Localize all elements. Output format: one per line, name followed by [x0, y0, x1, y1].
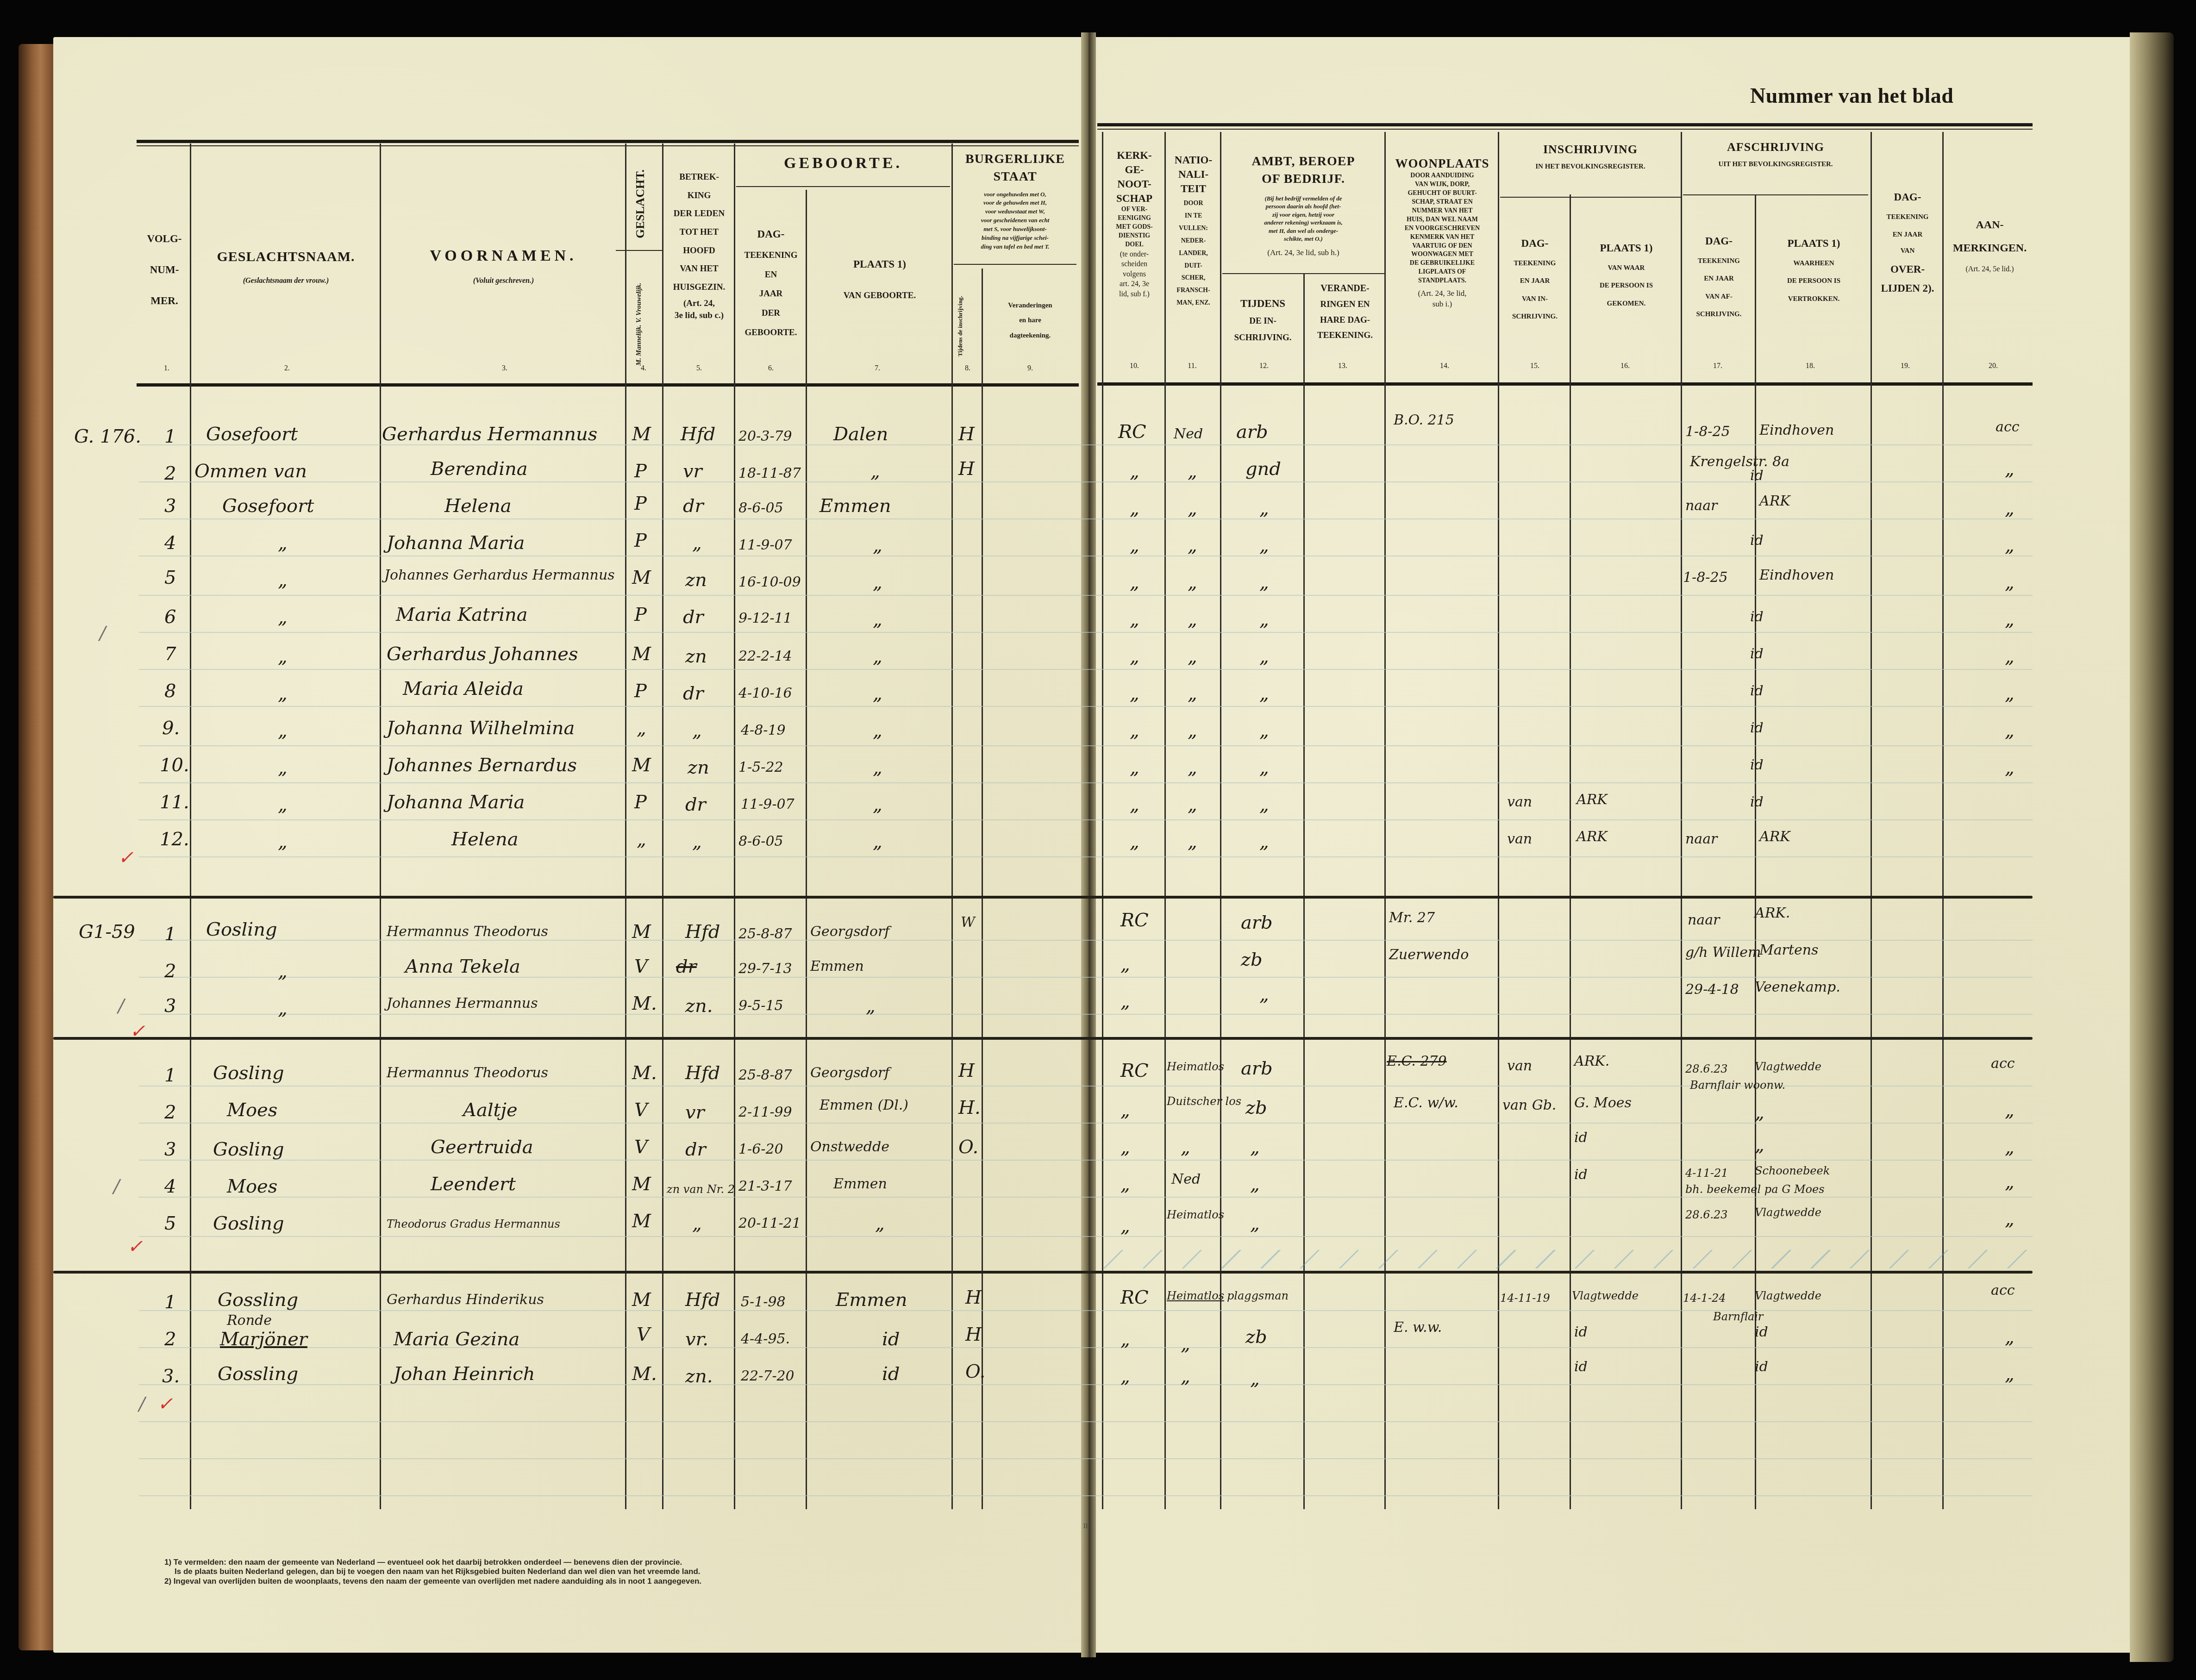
pencil-mark: /	[118, 995, 124, 1017]
sex: V	[634, 1099, 648, 1121]
given-names: Geertruida	[431, 1137, 533, 1158]
given-names: Helena	[444, 495, 512, 517]
given-names: Johanna Maria	[387, 792, 525, 813]
household-separator	[53, 896, 2033, 899]
arrival-place: id	[1574, 1359, 1588, 1375]
surname: „	[278, 794, 288, 815]
departure-place: „	[1755, 1102, 1764, 1123]
birth-place: „	[873, 720, 882, 741]
col-line	[951, 144, 953, 1509]
column-number-8: 8.	[954, 363, 982, 374]
header-volgnummer: VOLG- NUM- MER.	[139, 231, 190, 308]
birth-date: 4-4-95.	[741, 1331, 790, 1347]
col-line	[1303, 273, 1305, 1509]
spine-mark: III	[1083, 1523, 1090, 1530]
birth-date: 1-5-22	[738, 759, 783, 775]
nationality: Heimatlos	[1167, 1060, 1224, 1073]
row-number: 8	[164, 681, 176, 702]
given-names: Gerhardus Johannes	[387, 643, 578, 665]
occupation: „	[1259, 609, 1269, 630]
row-number: 3	[164, 1139, 176, 1160]
departure-place: id	[1750, 794, 1764, 810]
birth-date: 9-5-15	[738, 998, 783, 1014]
column-number-4: 4.	[630, 363, 657, 374]
church: „	[1130, 572, 1139, 593]
departure-note: Barnflair woonw.	[1690, 1079, 1785, 1092]
departure-place: ARK	[1759, 829, 1790, 845]
surname: Gossling	[218, 1363, 298, 1385]
arrival-place: Vlagtwedde	[1572, 1289, 1639, 1302]
occupation: „	[1259, 646, 1269, 667]
occupation: arb	[1236, 421, 1268, 443]
remarks: „	[2005, 1208, 2015, 1230]
remarks: „	[2005, 609, 2015, 630]
residence: E.C. 279	[1387, 1053, 1447, 1069]
surname: „	[278, 757, 288, 778]
departure-place: id	[1755, 1324, 1768, 1340]
birth-place: „	[866, 995, 876, 1017]
residence: Zuerwendo	[1389, 947, 1469, 963]
relation: dr	[676, 956, 697, 977]
birth-place: „	[873, 683, 882, 704]
red-check-mark: ✓	[118, 847, 134, 868]
birth-place: Emmen (Dl.)	[820, 1097, 908, 1113]
sex: M	[632, 1174, 651, 1195]
header-kerkgenootschap: KERK- GE- NOOT- SCHAP OF VER- EENIGING M…	[1104, 148, 1164, 300]
nationality: „	[1188, 831, 1197, 852]
church: RC	[1120, 1060, 1149, 1081]
sex: M	[632, 1289, 651, 1311]
occupation: gnd	[1245, 458, 1281, 480]
birth-date: 11-9-07	[738, 537, 792, 553]
civil-status: O.	[958, 1137, 978, 1158]
birth-date: 25-8-87	[738, 926, 792, 942]
birth-date: 22-2-14	[738, 648, 792, 664]
row-number: 2	[164, 961, 176, 982]
given-names: Aaltje	[463, 1099, 518, 1121]
column-number-13: 13.	[1329, 361, 1357, 371]
church: „	[1130, 535, 1139, 556]
pencil-mark: /	[100, 623, 106, 644]
household-ref: G. 176.	[74, 426, 141, 447]
footnote-2: 2) Ingeval van overlijden buiten de woon…	[164, 1577, 701, 1586]
civil-status: H	[958, 1060, 975, 1081]
nationality: „	[1188, 461, 1197, 482]
remarks: „	[2005, 572, 2015, 593]
remarks: „	[2005, 1171, 2015, 1193]
nationality: „	[1181, 1333, 1190, 1355]
nationality: Ned	[1171, 1171, 1201, 1187]
occupation: „	[1250, 1137, 1260, 1158]
red-check-mark: ✓	[157, 1393, 173, 1415]
birth-date: 21-3-17	[738, 1178, 792, 1194]
row-number: 4	[164, 1176, 176, 1197]
arrival-date: 14-11-19	[1500, 1292, 1550, 1305]
occupation: zb	[1241, 949, 1263, 970]
birth-place: Onstwedde	[810, 1139, 889, 1155]
departure-place: „	[1755, 1134, 1764, 1155]
surname: Gossling	[218, 1289, 298, 1311]
departure-place: id	[1750, 683, 1764, 699]
given-names: Helena	[451, 829, 519, 850]
church: „	[1120, 1366, 1130, 1387]
red-check-mark: ✓	[130, 1021, 145, 1042]
relation: Hfd	[685, 1062, 720, 1084]
header-nationaliteit: NATIO- NALI- TEIT DOOR IN TE VULLEN: NED…	[1167, 153, 1220, 308]
header-inschrijving-plaats: PLAATS 1) VAN WAAR DE PERSOON IS GEKOMEN…	[1572, 241, 1681, 308]
header-woonplaats: WOONPLAATS DOOR AANDUIDING VAN WIJK, DOR…	[1387, 155, 1498, 310]
row-number: 5	[164, 567, 176, 588]
household-separator	[53, 1271, 2033, 1274]
col-line	[662, 144, 663, 1509]
remarks: „	[2005, 1363, 2015, 1385]
arrival-note: van Gb.	[1502, 1097, 1556, 1113]
remarks: „	[2005, 1326, 2015, 1348]
household-ref: G1-59	[79, 921, 135, 943]
birth-place: Emmen	[833, 1176, 887, 1192]
departure-place: Eindhoven	[1759, 567, 1834, 583]
birth-date: 1-6-20	[738, 1141, 783, 1157]
header-overlijden: DAG- TEEKENING EN JAAR VAN OVER- LIJDEN …	[1873, 190, 1942, 295]
row-number: 2	[164, 463, 176, 484]
col-line	[1164, 132, 1166, 1509]
header-top-rule-left	[137, 140, 1079, 143]
departure-place: id	[1750, 720, 1764, 736]
row-number: 9.	[162, 718, 180, 739]
birth-place: Dalen	[833, 424, 888, 445]
relation: Hfd	[681, 424, 715, 445]
pencil-mark: /	[113, 1176, 119, 1197]
surname: „	[278, 998, 288, 1019]
departure-date: 1-8-25	[1683, 569, 1728, 586]
given-names: Johanna Maria	[387, 532, 525, 554]
footnote-1-cont: Is de plaats buiten Nederland gelegen, d…	[164, 1567, 701, 1576]
church: „	[1130, 461, 1139, 482]
birth-date: 20-11-21	[738, 1215, 801, 1231]
birth-place: „	[873, 794, 882, 815]
nationality: „	[1188, 498, 1197, 519]
birth-place: Emmen	[836, 1289, 907, 1311]
departure-note: Krengelstr. 8a	[1690, 454, 1789, 470]
given-names: Johannes Gerhardus Hermannus	[384, 567, 615, 583]
col-line	[1220, 132, 1221, 1509]
relation: dr	[683, 495, 704, 517]
residence: B.O. 215	[1394, 412, 1454, 428]
church: „	[1130, 757, 1139, 778]
arrival-note: van	[1507, 831, 1532, 847]
civil-status: H	[958, 458, 975, 480]
sex: M.	[632, 1062, 657, 1084]
arrival-note: van	[1507, 794, 1532, 810]
column-number-12: 12.	[1250, 361, 1278, 371]
relation: zn	[685, 569, 707, 591]
church: „	[1120, 1329, 1130, 1350]
book-edge-left	[19, 44, 56, 1650]
relation: dr	[683, 683, 704, 704]
sex: P	[634, 792, 647, 813]
footnotes: 1) Te vermelden: den naam der gemeente v…	[164, 1558, 701, 1586]
header-afschrijving: AFSCHRIJVING UIT HET BEVOLKINGSREGISTER.	[1683, 139, 1868, 169]
birth-date: 16-10-09	[738, 574, 801, 590]
departure-date: 29-4-18	[1685, 981, 1739, 998]
header-voornamen: VOORNAMEN. (Voluit geschreven.)	[382, 245, 625, 286]
column-number-2: 2.	[273, 363, 301, 374]
remarks: „	[2005, 720, 2015, 741]
occupation: „	[1259, 720, 1269, 741]
occupation: arb	[1241, 912, 1273, 933]
birth-place: „	[873, 757, 882, 778]
row-number: 2	[164, 1102, 176, 1123]
occupation: „	[1250, 1174, 1260, 1195]
birth-place: „	[873, 646, 882, 667]
column-number-5: 5.	[685, 363, 713, 374]
surname: „	[278, 532, 288, 554]
header-veranderingen: Veranderingen en hare dagteekening.	[984, 301, 1076, 340]
church: „	[1120, 954, 1130, 975]
sex: M.	[632, 993, 657, 1014]
nationality: „	[1188, 646, 1197, 667]
birth-date: 2-11-99	[738, 1104, 792, 1120]
row-number: 6	[164, 606, 176, 628]
column-number-9: 9.	[1016, 363, 1044, 374]
row-number: 11.	[160, 792, 189, 813]
birth-date: 5-1-98	[741, 1294, 786, 1310]
surname: Moes	[227, 1099, 277, 1121]
relation: „	[692, 532, 702, 554]
departure-note: bh. beekemel pa G Moes	[1685, 1183, 1825, 1196]
occupation: plaggsman	[1227, 1289, 1289, 1302]
col-line	[806, 190, 807, 1509]
relation: vr	[685, 1102, 705, 1123]
sex: M	[632, 424, 651, 445]
surname: „	[278, 961, 288, 982]
relation: zn van Nr. 2	[667, 1183, 735, 1196]
household-separator	[53, 1037, 2033, 1040]
surname: Ommen van	[194, 461, 307, 482]
header-geslacht: GESLACHT.	[632, 167, 648, 241]
church: „	[1120, 1215, 1130, 1237]
birth-date: 4-8-19	[741, 722, 786, 738]
burgstaat-rule	[954, 264, 1076, 265]
given-names: Maria Aleida	[403, 678, 524, 699]
remarks: „	[2005, 498, 2015, 519]
civil-status: H.	[958, 1097, 981, 1118]
birth-date: 29-7-13	[738, 961, 792, 977]
row-number: 4	[164, 532, 176, 554]
nationality: Duitscher los	[1167, 1095, 1241, 1108]
header-betrekking: BETREK- KING DER LEDEN TOT HET HOOFD VAN…	[664, 171, 734, 322]
departure-place: id	[1750, 646, 1764, 662]
col-line	[1102, 132, 1103, 1509]
departure-note: naar	[1685, 498, 1717, 514]
departure-place: ARK	[1759, 493, 1790, 509]
occupation: arb	[1241, 1058, 1273, 1079]
occupation: „	[1250, 1213, 1260, 1234]
given-names: Johan Heinrich	[394, 1363, 535, 1385]
given-names: Hermannus Theodorus	[387, 1065, 548, 1081]
surname: Gosling	[213, 1213, 284, 1234]
relation: „	[692, 831, 702, 852]
surname: „	[278, 831, 288, 852]
row-number: 3	[164, 495, 176, 517]
church: „	[1120, 1137, 1130, 1158]
remarks: „	[2005, 1099, 2015, 1121]
sex: M	[632, 1211, 651, 1232]
col-line	[1384, 132, 1386, 1509]
birth-date: 8-6-05	[738, 500, 783, 516]
surname: Marjöner	[220, 1329, 307, 1350]
column-number-15: 15.	[1521, 361, 1549, 371]
birth-place: „	[873, 572, 882, 593]
given-names: Gerhardus Hinderikus	[387, 1292, 544, 1308]
relation: zn.	[685, 1366, 713, 1387]
birth-place: Georgsdorf	[810, 924, 889, 940]
row-number: 3.	[162, 1366, 180, 1387]
arrival-place: G. Moes	[1574, 1095, 1632, 1111]
arrival-place: id	[1574, 1130, 1588, 1146]
church: „	[1120, 1099, 1130, 1121]
given-names: Hermannus Theodorus	[387, 924, 548, 940]
occupation: „	[1259, 535, 1269, 556]
sex: P	[634, 493, 647, 514]
sex: P	[634, 604, 647, 625]
arrival-place: id	[1574, 1167, 1588, 1183]
column-number-6: 6.	[757, 363, 785, 374]
column-number-16: 16.	[1611, 361, 1639, 371]
departure-place: id	[1750, 609, 1764, 625]
header-top-rule-left-thin	[137, 145, 1079, 146]
col-line	[625, 144, 626, 1509]
nationality: „	[1188, 683, 1197, 704]
relation: vr	[683, 461, 702, 482]
civil-status: O.	[965, 1361, 985, 1382]
given-names: Berendina	[431, 458, 528, 480]
church: „	[1120, 991, 1130, 1012]
church: „	[1130, 794, 1139, 815]
sex: V	[634, 1137, 648, 1158]
departure-place: Schoonebeek	[1755, 1164, 1830, 1177]
occupation: „	[1259, 831, 1269, 852]
header-bottom-rule-left	[137, 383, 1079, 387]
occupation: „	[1259, 757, 1269, 778]
surname: „	[278, 646, 288, 667]
church: RC	[1120, 910, 1149, 931]
sex: M	[632, 643, 651, 665]
remarks: acc	[1991, 1282, 2015, 1299]
occupation: „	[1259, 794, 1269, 815]
surname: Moes	[227, 1176, 277, 1197]
header-bottom-rule-right	[1097, 382, 2033, 386]
departure-date: 1-8-25	[1685, 424, 1730, 440]
header-geboorte: GEBOORTE.	[736, 153, 950, 174]
residence: Mr. 27	[1389, 910, 1435, 926]
birth-date: 9-12-11	[738, 610, 792, 626]
col-line	[1942, 132, 1944, 1509]
header-top-rule-right	[1097, 123, 2033, 126]
given-names: Maria Katrina	[396, 604, 528, 625]
pencil-mark: /	[139, 1393, 145, 1415]
departure-place: id	[1750, 757, 1764, 773]
relation: dr	[685, 794, 706, 815]
nationality: Heimatlos	[1167, 1289, 1224, 1302]
occupation: „	[1259, 572, 1269, 593]
occupation: „	[1259, 498, 1269, 519]
arrival-note: van	[1507, 1058, 1532, 1074]
relation: „	[692, 720, 702, 741]
birth-place: „	[875, 1213, 885, 1234]
row-number: 5	[164, 1213, 176, 1234]
row-number: 7	[164, 643, 176, 665]
row-number: 2	[164, 1329, 176, 1350]
arrival-place: ARK	[1577, 829, 1608, 845]
sex: P	[634, 681, 647, 702]
civil-status: H	[965, 1324, 982, 1345]
relation: vr.	[685, 1329, 708, 1350]
birth-date: 25-8-87	[738, 1067, 792, 1083]
departure-place: Martens	[1759, 942, 1818, 958]
departure-note: g/h Willem	[1685, 944, 1761, 961]
departure-place: id	[1750, 468, 1764, 484]
birth-place: id	[882, 1363, 900, 1385]
relation: dr	[683, 606, 704, 628]
sheet-number-label: Nummer van het blad	[1750, 83, 1953, 108]
column-number-18: 18.	[1796, 361, 1824, 371]
arrival-place: id	[1574, 1324, 1588, 1340]
occupation: „	[1250, 1368, 1260, 1389]
birth-date: 11-9-07	[741, 796, 795, 812]
church: „	[1130, 646, 1139, 667]
column-number-19: 19.	[1891, 361, 1919, 371]
given-names: Anna Tekela	[405, 956, 520, 977]
sex: M	[632, 921, 651, 943]
occupation: zb	[1245, 1097, 1267, 1118]
residence: E. w.w.	[1394, 1319, 1442, 1336]
departure-note: naar	[1688, 912, 1720, 928]
col-line	[1498, 132, 1499, 1509]
nationality: Ned	[1174, 426, 1203, 442]
occupation: zb	[1245, 1326, 1267, 1348]
departure-place: id	[1750, 532, 1764, 549]
nationality: „	[1188, 794, 1197, 815]
surname: Gosefoort	[222, 495, 314, 517]
departure-note: Barnflair	[1713, 1310, 1763, 1323]
given-names: Gerhardus Hermannus	[382, 424, 597, 445]
surname: Gosling	[213, 1139, 284, 1160]
departure-place: Vlagtwedde	[1755, 1060, 1821, 1073]
nationality: „	[1188, 720, 1197, 741]
sex: P	[634, 530, 647, 551]
surname-annotation: Ronde	[227, 1312, 272, 1329]
departure-place: Vlagtwedde	[1755, 1289, 1821, 1302]
column-number-14: 14.	[1431, 361, 1458, 371]
remarks: acc	[1991, 1055, 2015, 1072]
column-number-20: 20.	[1979, 361, 2007, 371]
column-number-3: 3.	[491, 363, 519, 374]
birth-date: 18-11-87	[738, 465, 801, 481]
arrival-place: ARK	[1577, 792, 1608, 808]
header-afschrijving-dag: DAG- TEEKENING EN JAAR VAN AF- SCHRIJVIN…	[1683, 234, 1755, 319]
occupation: „	[1259, 984, 1269, 1005]
departure-place: Veenekamp.	[1755, 979, 1840, 995]
column-number-10: 10.	[1120, 361, 1148, 371]
book-edge-right	[2130, 32, 2174, 1662]
church: „	[1120, 1174, 1130, 1195]
col-line	[982, 269, 983, 1509]
church: RC	[1120, 1287, 1149, 1308]
sex: V	[634, 956, 648, 977]
header-top-rule-right-thin	[1097, 129, 2033, 130]
row-number: 1	[164, 1292, 176, 1313]
